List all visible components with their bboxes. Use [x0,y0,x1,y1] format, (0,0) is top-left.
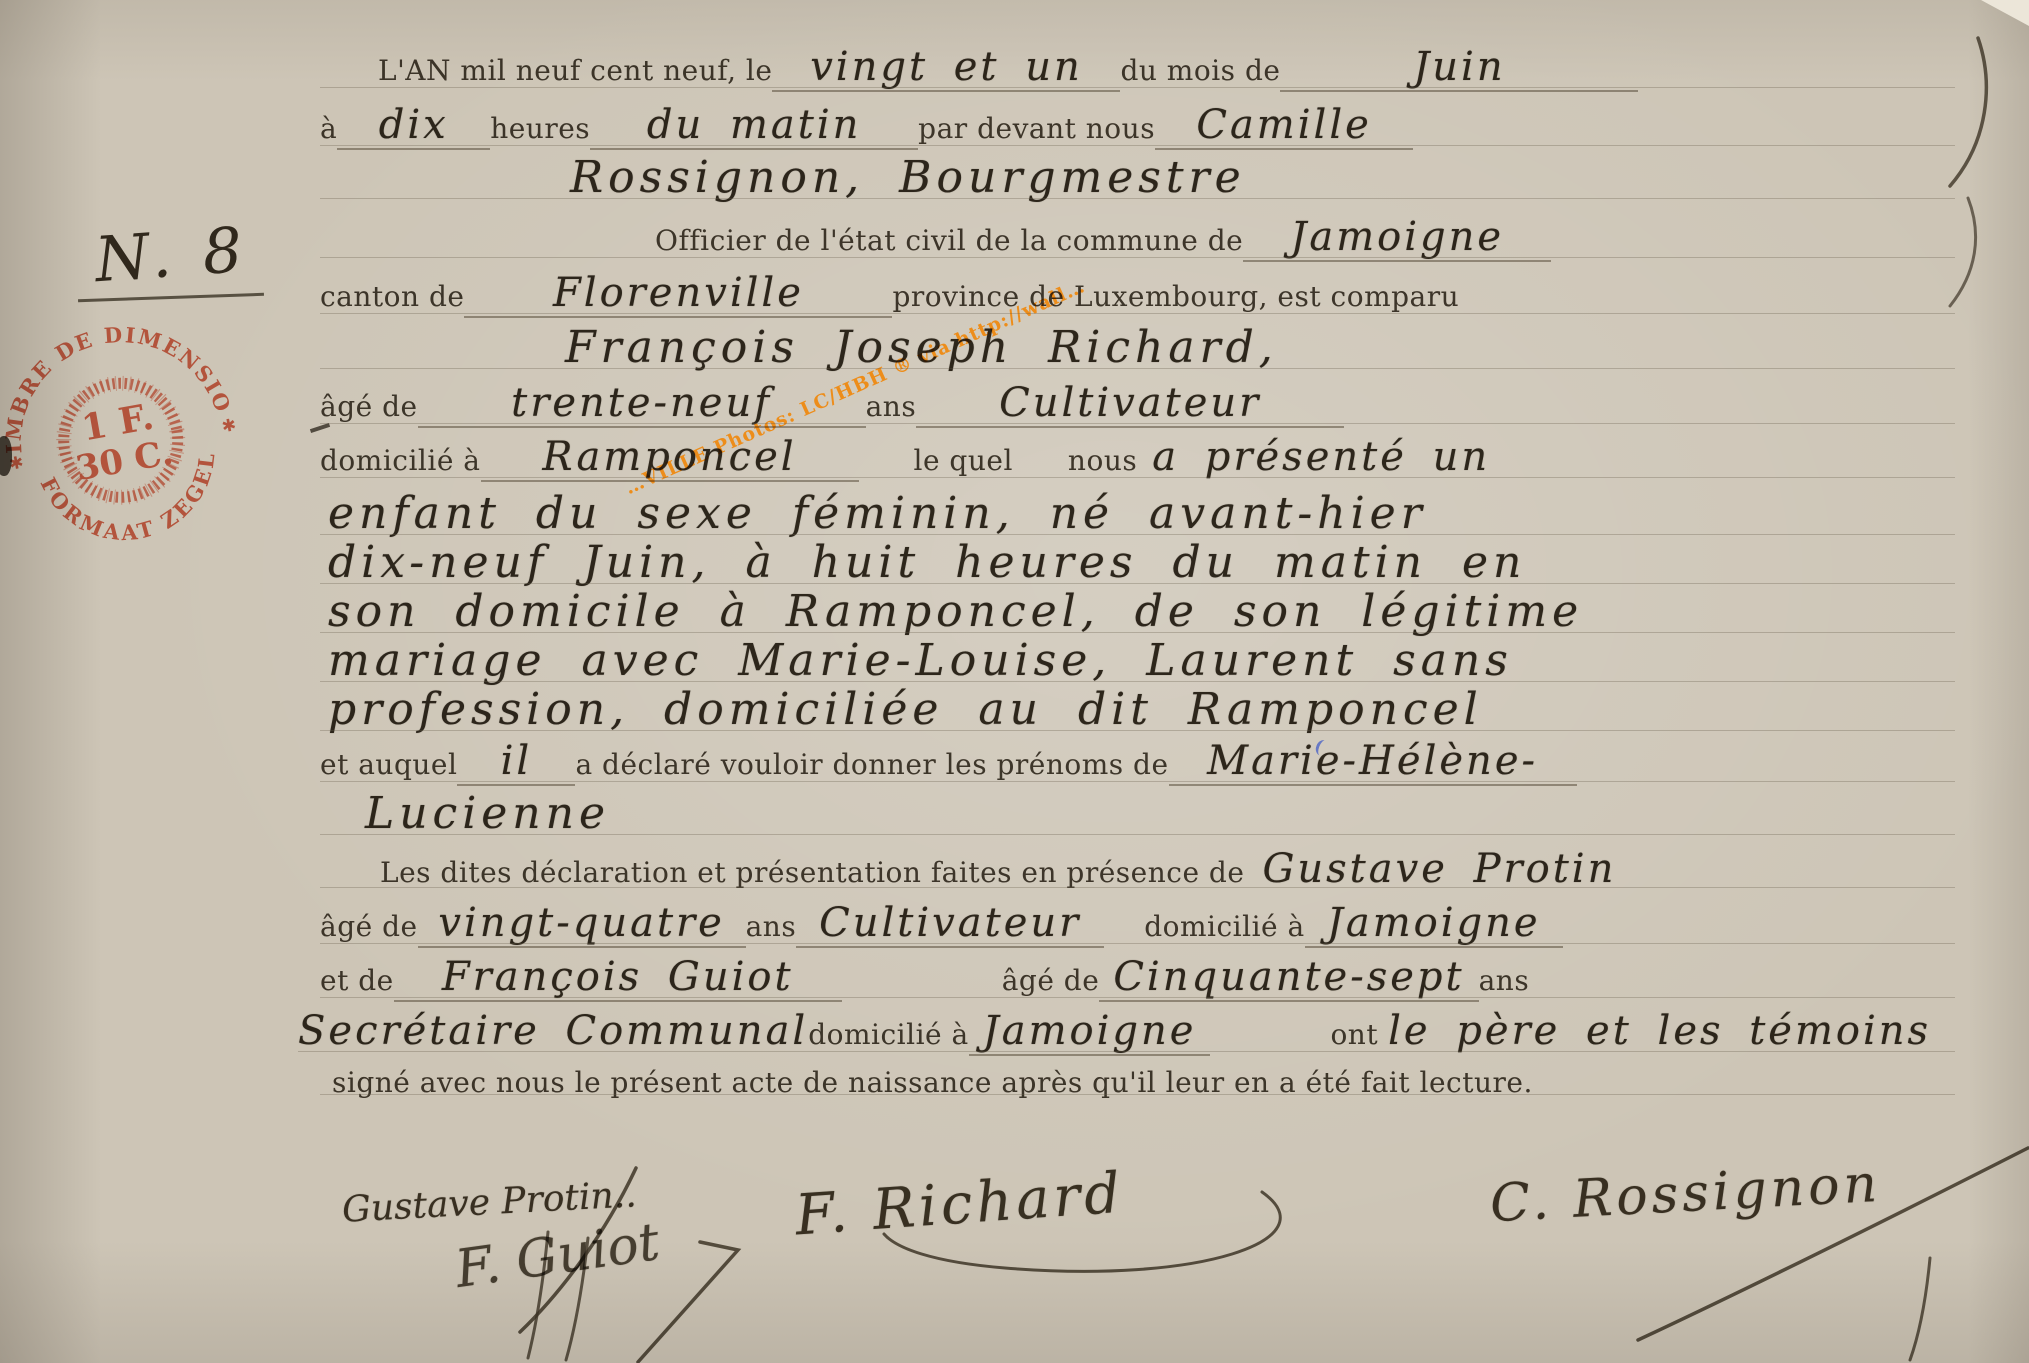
printed-text: canton de [320,280,464,313]
printed-text: âgé de [320,390,418,423]
star-ornament-icon: ✱ [8,453,26,475]
margin-bracket-stroke [1950,38,1986,186]
printed-text: L'AN mil neuf cent neuf, le [378,54,772,87]
rossignon-flourish-stroke [1910,1258,1930,1360]
act-line-declarant: François Joseph Richard, [320,322,1955,373]
printed-text: et de [320,964,394,997]
act-line-witness2: et de François Guiot âgé de Cinquante-se… [320,954,1955,1002]
handwritten-officer-name: Rossignon, Bourgmestre [570,152,1246,203]
signature-rossignon: C. Rossignon [1489,1154,1883,1234]
act-line-commune: Officier de l'état civil de la commune d… [320,214,1955,262]
signature-richard: F. Richard [793,1161,1126,1249]
printed-text: et auquel [320,748,457,781]
act-line-canton: canton de Florenville province de Luxemb… [320,270,1955,318]
act-line-mother-domicile: profession, domiciliée au dit Ramponcel [320,684,1955,735]
printed-text: ans [1479,964,1530,997]
handwritten-text: enfant du sexe féminin, né avant-hier [328,488,1427,539]
handwritten-witness1-profession: Cultivateur [796,900,1104,948]
printed-text: du mois de [1120,54,1280,87]
handwritten-text: profession, domiciliée au dit Ramponcel [328,684,1483,735]
signature-guiot: F. Guiot [452,1212,663,1300]
handwritten-domicile: Ramponcel [481,434,859,482]
handwritten-firstname: Lucienne [365,788,610,839]
printed-text: domicilié à [320,444,481,477]
act-line-witness1: âgé de vingt-quatre ans Cultivateur domi… [320,900,1955,948]
printed-text: Officier de l'état civil de la commune d… [655,224,1243,257]
handwritten-profession: Cultivateur [916,380,1344,428]
act-line-child-sex: enfant du sexe féminin, né avant-hier [320,488,1955,539]
act-number: N. 8 [93,213,251,297]
star-ornament-icon: ✱ [220,415,238,437]
handwritten-day: vingt et un [772,44,1120,92]
handwritten-witness1-name: Gustave Protin [1262,846,1616,892]
act-line-year: L'AN mil neuf cent neuf, le vingt et un … [320,44,1955,92]
printed-text: heures [490,112,590,145]
printed-text: nous [1068,444,1137,477]
printed-text: ans [746,910,797,943]
handwritten-text: dix-neuf Juin, à huit heures du matin en [328,537,1526,588]
act-line-firstnames-cont: Lucienne [320,788,1955,839]
act-line-domicile: domicilié à Ramponcel le quel nous a pré… [320,434,1955,482]
handwritten-officer-firstname: Camille [1155,102,1413,150]
act-line-mother: mariage avec Marie-Louise, Laurent sans [320,635,1955,686]
printed-text: signé avec nous le présent acte de naiss… [332,1066,1533,1099]
handwritten-hour: dix [337,102,490,150]
printed-text: âgé de [1002,964,1100,997]
act-line-birth-place: son domicile à Ramponcel, de son légitim… [320,586,1955,637]
handwritten-firstnames: Marie-Hélène- [1169,738,1577,786]
act-line-birth-date: dix-neuf Juin, à huit heures du matin en [320,537,1955,588]
handwritten-text: a présenté un [1152,434,1490,480]
act-line-declarant-age: âgé de trente-neuf ans Cultivateur [320,380,1955,428]
handwritten-witness1-domicile: Jamoigne [1305,900,1563,948]
scanned-birth-certificate: N. 8 TIMBRE DE DIMENSION FORMAAT ZEGEL 1… [0,0,2029,1363]
printed-text: ans [866,390,917,423]
printed-text: Les dites déclaration et présentation fa… [380,856,1244,889]
act-line-firstnames: et auquel il a déclaré vouloir donner le… [320,738,1955,786]
fiscal-stamp: TIMBRE DE DIMENSION FORMAAT ZEGEL 1 F. 3… [0,289,260,582]
handwritten-month: Juin [1280,44,1638,92]
printed-text: a déclaré vouloir donner les prénoms de [575,748,1168,781]
act-line-hour: à dix heures du matin par devant nous Ca… [320,102,1955,150]
act-line-closing: signé avec nous le présent acte de naiss… [320,1066,1955,1099]
printed-text: province de Luxembourg, est comparu [892,280,1459,313]
handwritten-witness1-age: vingt-quatre [418,900,746,948]
handwritten-ampm: du matin [590,102,918,150]
act-line-witness2-profession: Secrétaire Communal domicilié à Jamoigne… [298,1008,1955,1056]
handwritten-witness2-domicile: Jamoigne [969,1008,1211,1056]
printed-text: domicilié à [808,1018,969,1051]
printed-text: le quel [914,444,1013,477]
printed-text: domicilié à [1144,910,1305,943]
act-line-witness-intro: Les dites déclaration et présentation fa… [320,846,1955,892]
handwritten-text: mariage avec Marie-Louise, Laurent sans [328,635,1513,686]
printed-text: à [320,112,337,145]
handwritten-text: il [457,738,575,786]
handwritten-declarant-name: François Joseph Richard, [565,322,1278,373]
handwritten-witness2-profession: Secrétaire Communal [298,1008,808,1054]
handwritten-text: le père et les témoins [1388,1008,1931,1054]
handwritten-age: trente-neuf [418,380,866,428]
handwritten-commune: Jamoigne [1243,214,1551,262]
handwritten-witness2-name: François Guiot [394,954,842,1002]
handwritten-text: son domicile à Ramponcel, de son légitim… [328,586,1583,637]
page-corner [1981,0,2029,26]
handwritten-canton: Florenville [464,270,892,318]
printed-text: ont [1330,1018,1378,1051]
printed-text: par devant nous [918,112,1155,145]
handwritten-witness2-age: Cinquante-sept [1099,954,1478,1002]
act-line-officer-name: Rossignon, Bourgmestre [320,152,1955,203]
printed-text: âgé de [320,910,418,943]
